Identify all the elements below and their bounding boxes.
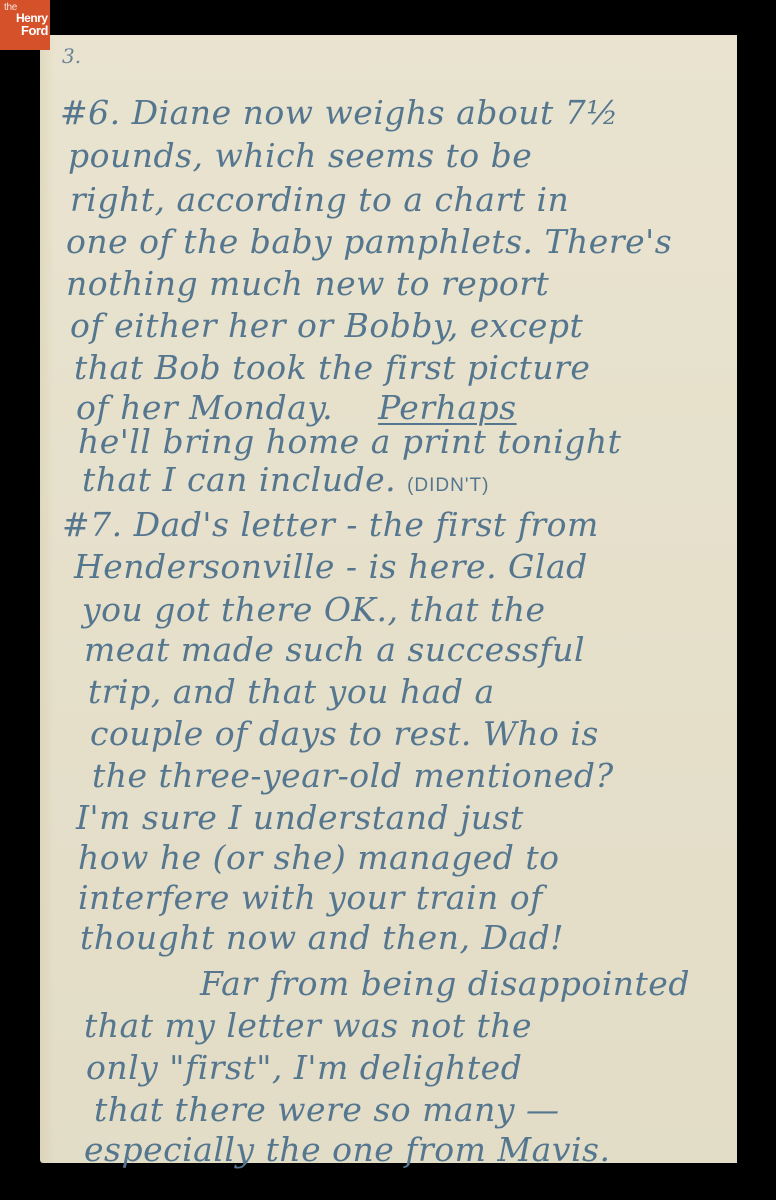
letter-line: interfere with your train of — [78, 878, 543, 917]
letter-line: only "first", I'm delighted — [86, 1048, 522, 1087]
henry-ford-logo: the Henry Ford — [0, 0, 50, 50]
letter-line: Far from being disappointed — [200, 964, 690, 1003]
annotation-didnt: (DIDN'T) — [407, 475, 489, 496]
letter-line: #7. Dad's letter - the first from — [62, 505, 599, 544]
letter-line: especially the one from Mavis. — [84, 1130, 610, 1169]
letter-line: how he (or she) managed to — [78, 838, 560, 877]
page-number: 3. — [62, 44, 81, 68]
letter-line: one of the baby pamphlets. There's — [66, 222, 672, 261]
letter-line: of either her or Bobby, except — [70, 306, 583, 345]
letter-line: that I can include. (DIDN'T) — [82, 460, 489, 499]
letter-line: trip, and that you had a — [88, 672, 495, 711]
letter-line: I'm sure I understand just — [76, 798, 524, 837]
letter-line: right, according to a chart in — [70, 180, 569, 219]
letter-line: he'll bring home a print tonight — [78, 422, 621, 461]
letter-line: Hendersonville - is here. Glad — [74, 547, 588, 586]
letter-line: nothing much new to report — [66, 264, 549, 303]
letter-line: you got there OK., that the — [82, 590, 546, 629]
letter-line: meat made such a successful — [84, 630, 585, 669]
letter-line: #6. Diane now weighs about 7½ — [60, 93, 619, 132]
logo-text-ford: Ford — [21, 24, 50, 37]
letter-line: that Bob took the first picture — [74, 348, 590, 387]
letter-line: couple of days to rest. Who is — [90, 714, 599, 753]
letter-line: the three-year-old mentioned? — [92, 756, 614, 795]
letter-line-text: that I can include. — [82, 460, 396, 499]
letter-line: pounds, which seems to be — [68, 136, 532, 175]
letter-line: that there were so many — — [94, 1090, 560, 1129]
letter-line: that my letter was not the — [84, 1006, 532, 1045]
letter-line: thought now and then, Dad! — [80, 918, 564, 957]
